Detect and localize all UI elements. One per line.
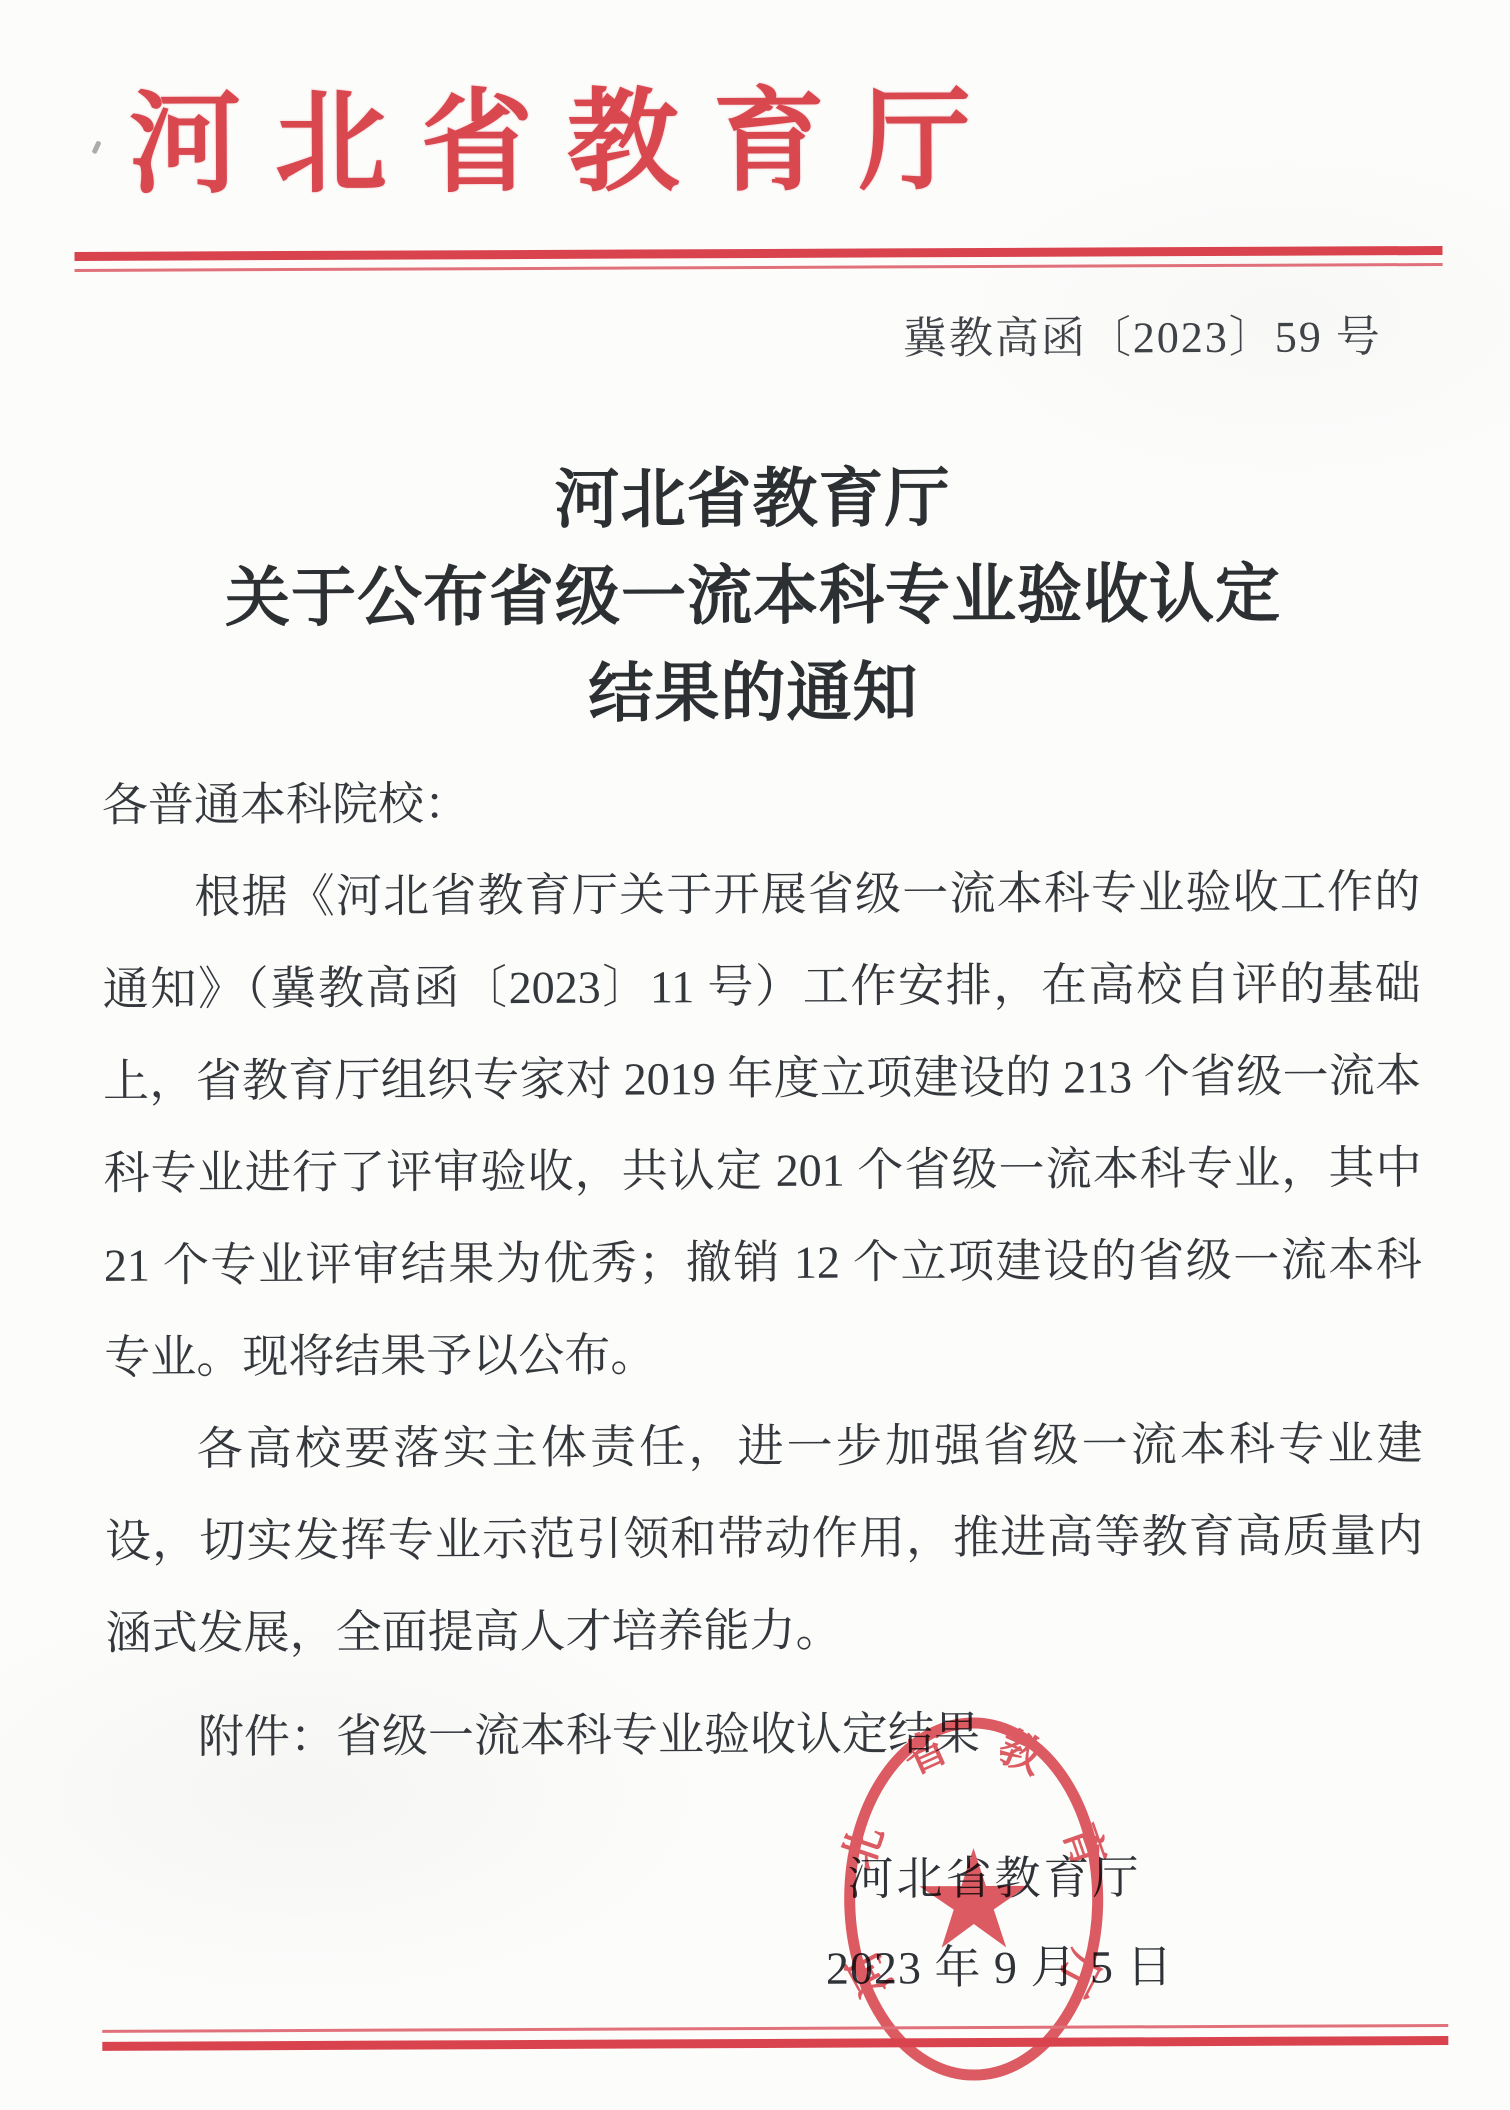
footer-rule-thick <box>102 2036 1448 2051</box>
paragraph-1: 根据《河北省教育厅关于开展省级一流本科专业验收工作的通知》（冀教高函〔2023〕… <box>102 846 1422 1404</box>
seal-char: 河 <box>840 1944 902 2004</box>
title-line-1: 河北省教育厅 <box>0 449 1508 553</box>
document-number: 冀教高函〔2023〕59 号 <box>903 300 1382 366</box>
scan-artifact <box>92 140 102 154</box>
agency-char: 省 <box>421 83 534 207</box>
document-body: 各普通本科院校： 根据《河北省教育厅关于开展省级一流本科专业验收工作的通知》（冀… <box>102 754 1424 1784</box>
agency-char: 北 <box>275 84 388 208</box>
letterhead-agency-name: 河 北 省 教 育 厅 <box>129 81 972 208</box>
scanned-official-document: 河 北 省 教 育 厅 冀教高函〔2023〕59 号 河北省教育厅 关于公布省级… <box>0 0 1510 2110</box>
letterhead-rule-thick <box>74 246 1442 261</box>
seal-char: 厅 <box>1046 1943 1108 2003</box>
paragraph-2: 各高校要落实主体责任，进一步加强省级一流本科专业建设，切实发挥专业示范引领和带动… <box>105 1398 1424 1680</box>
letterhead-rule-thin <box>75 263 1443 272</box>
title-line-3: 结果的通知 <box>0 643 1509 747</box>
agency-char: 厅 <box>859 81 972 205</box>
official-seal: 河 北 省 教 育 厅 <box>839 1712 1109 2085</box>
document-title: 河北省教育厅 关于公布省级一流本科专业验收认定 结果的通知 <box>0 449 1509 747</box>
attachment-line: 附件：省级一流本科专业验收认定结果 <box>106 1686 1424 1784</box>
title-line-2: 关于公布省级一流本科专业验收认定 <box>0 546 1508 650</box>
seal-star-icon <box>919 1848 1028 1948</box>
agency-char: 育 <box>713 82 826 206</box>
agency-char: 教 <box>567 82 680 206</box>
footer-rule-thin <box>102 2024 1448 2033</box>
document-content: 河 北 省 教 育 厅 冀教高函〔2023〕59 号 河北省教育厅 关于公布省级… <box>0 0 1510 2110</box>
agency-char: 河 <box>129 84 242 208</box>
salutation: 各普通本科院校： <box>102 754 1420 852</box>
